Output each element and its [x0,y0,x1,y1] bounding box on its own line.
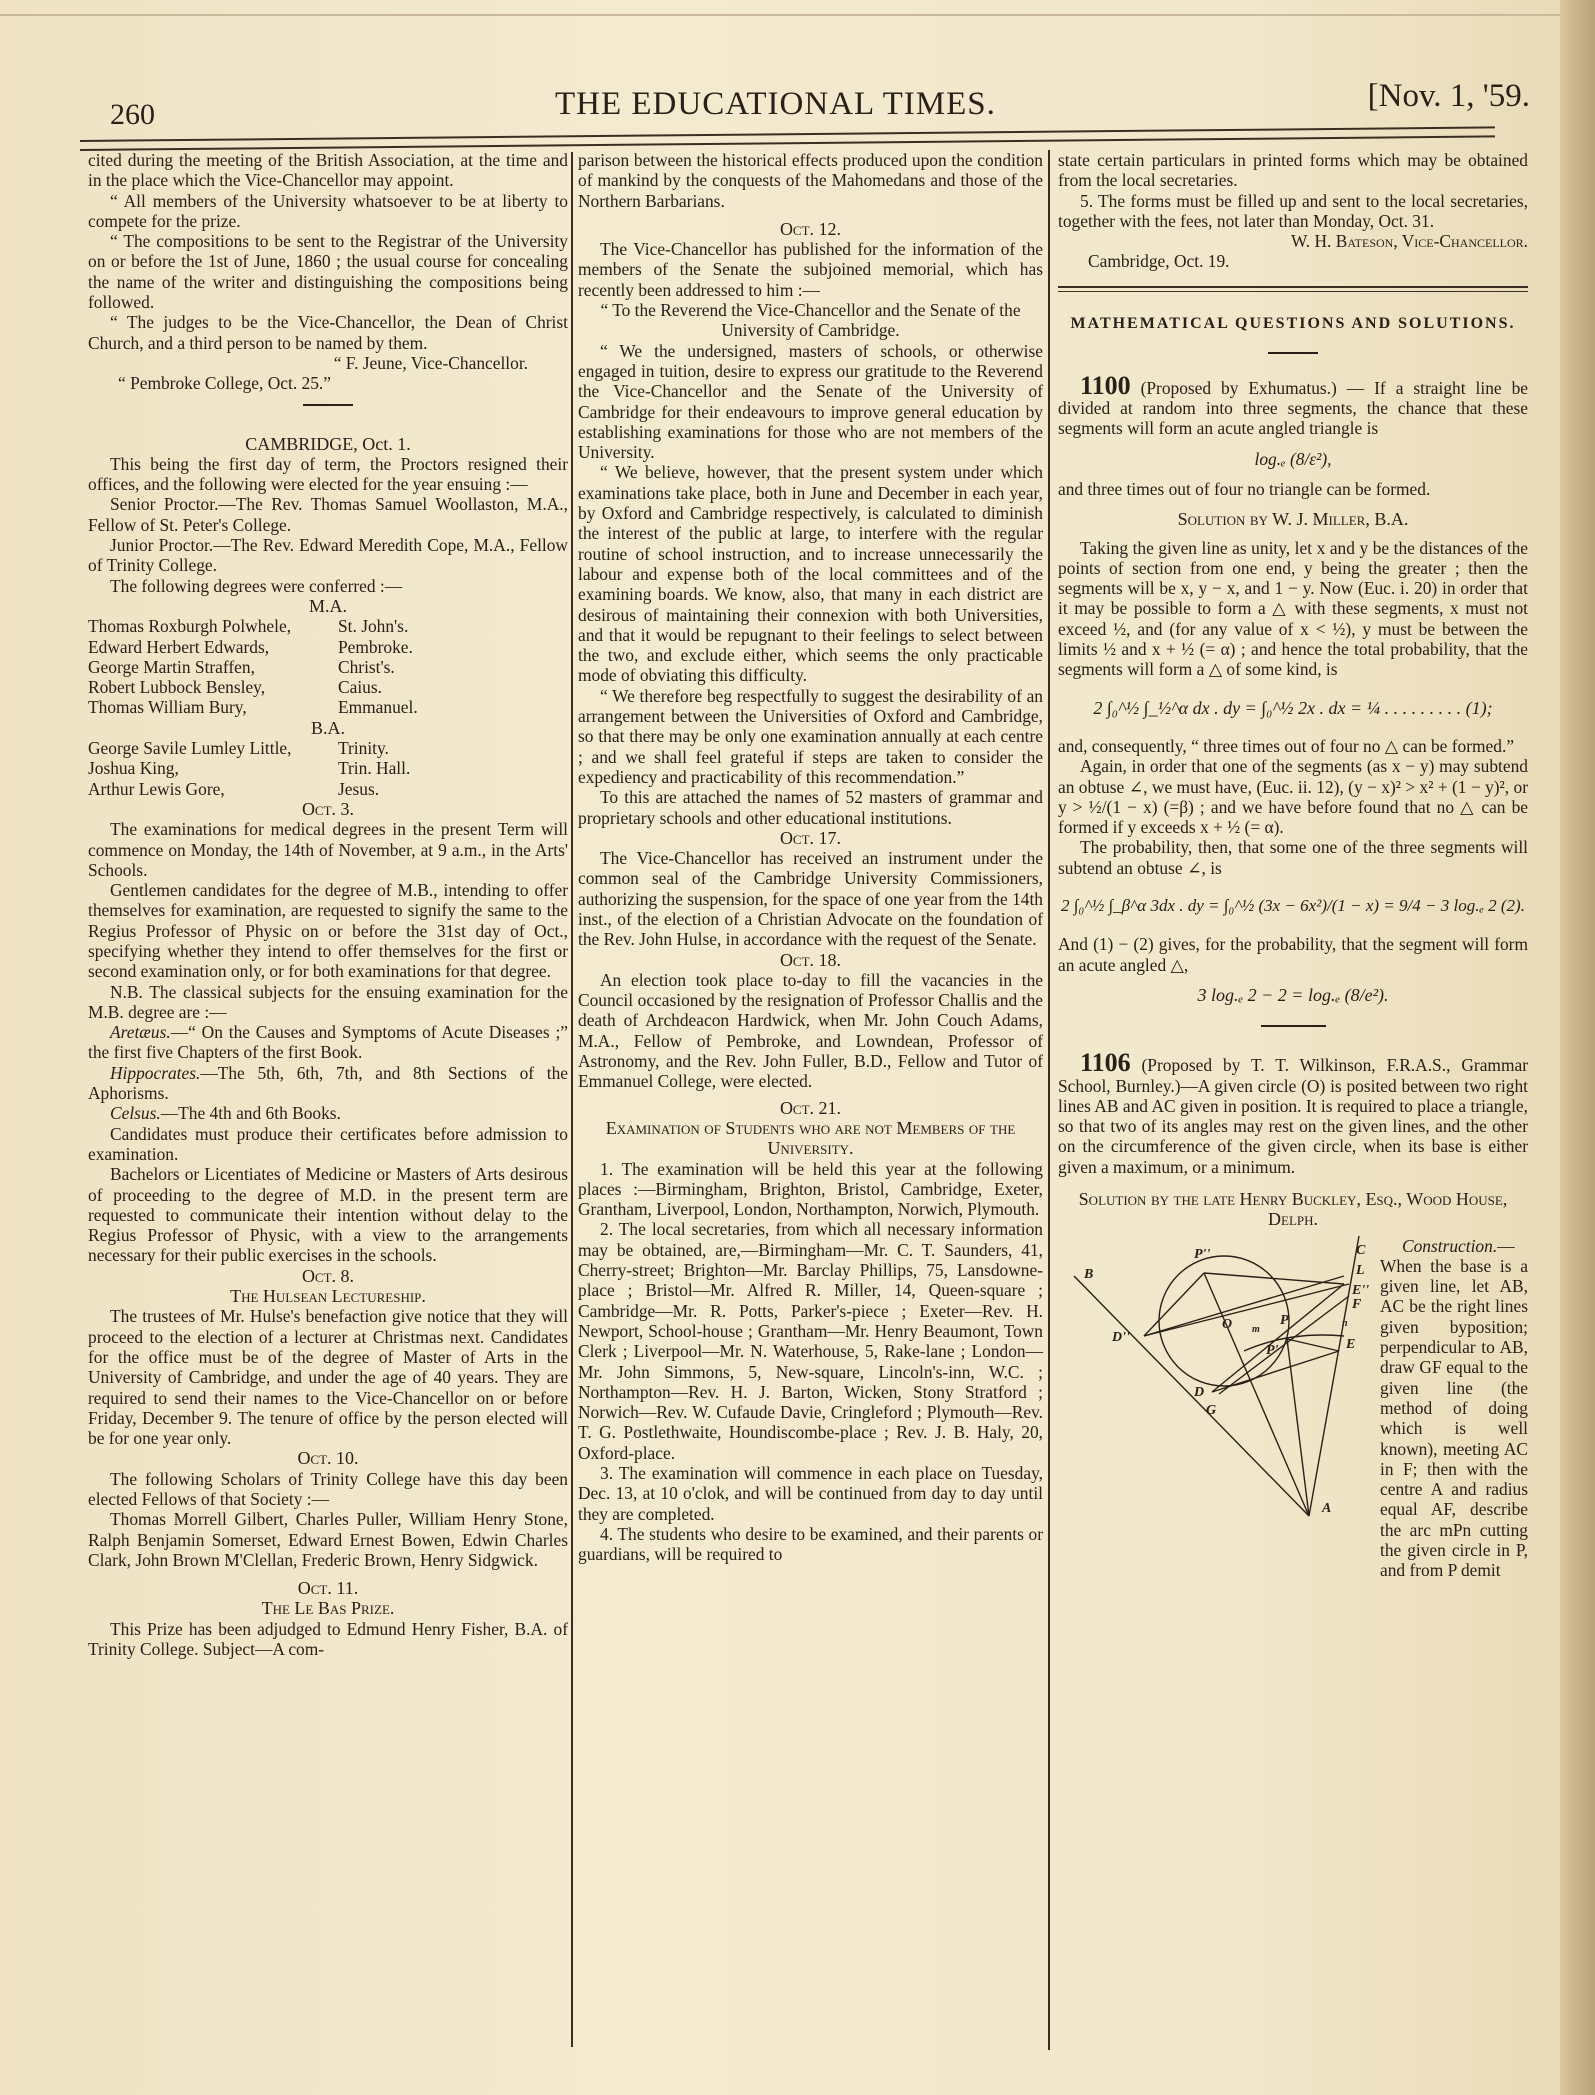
svg-text:E'': E'' [1351,1283,1369,1298]
paragraph: state certain particulars in printed for… [1058,150,1528,191]
paragraph: Hippocrates.—The 5th, 6th, 7th, and 8th … [88,1063,568,1104]
svg-text:G: G [1206,1403,1216,1418]
paragraph: Senior Proctor.—The Rev. Thomas Samuel W… [88,494,568,535]
degree-row: Edward Herbert Edwards,Pembroke. [88,637,568,657]
paragraph: Thomas Morrell Gilbert, Charles Puller, … [88,1509,568,1570]
construction-text: —When the base is a given line, let AB, … [1380,1236,1528,1581]
signature-place: “ Pembroke College, Oct. 25.” [88,373,568,393]
section-heading: The Le Bas Prize. [88,1598,568,1618]
scan-top-edge [0,14,1560,16]
signature: “ F. Jeune, Vice-Chancellor. [88,353,568,373]
svg-text:P': P' [1266,1343,1279,1358]
paragraph: And (1) − (2) gives, for the probability… [1058,934,1528,975]
date-heading: Oct. 12. [578,219,1043,239]
paragraph: The examinations for medical degrees in … [88,819,568,880]
svg-text:D'': D'' [1111,1330,1130,1345]
date-heading: Oct. 10. [88,1448,568,1468]
degree-row: George Savile Lumley Little,Trinity. [88,738,568,758]
paragraph: N.B. The classical subjects for the ensu… [88,982,568,1023]
geometry-diagram-icon: P''B CL E''F Om Pn D''E P'D GA [1044,1236,1374,1566]
column-2: parison between the historical effects p… [578,150,1043,1564]
paragraph: The trustees of Mr. Hulse's benefaction … [88,1306,568,1448]
paragraph: parison between the historical effects p… [578,150,1043,211]
paragraph: The following Scholars of Trinity Colleg… [88,1469,568,1510]
list-item: 3. The examination will commence in each… [578,1463,1043,1524]
page-number: 260 [110,98,155,132]
svg-text:D: D [1193,1385,1204,1400]
paragraph: Taking the given line as unity, let x an… [1058,538,1528,680]
list-item: 5. The forms must be filled up and sent … [1058,191,1528,232]
date-heading: Oct. 8. [88,1266,568,1286]
svg-text:m: m [1252,1324,1260,1335]
signature: W. H. Bateson, Vice-Chancellor. [1058,231,1528,251]
solution-heading: Solution by W. J. Miller, B.A. [1058,509,1528,529]
paragraph: Celsus.—The 4th and 6th Books. [88,1103,568,1123]
degree-row: Thomas William Bury,Emmanuel. [88,697,568,717]
paragraph: cited during the meeting of the British … [88,150,568,191]
paragraph: and three times out of four no triangle … [1058,479,1528,499]
svg-text:B: B [1083,1267,1093,1282]
svg-text:C: C [1356,1243,1366,1258]
svg-text:A: A [1321,1501,1331,1516]
date-heading: Oct. 21. [578,1098,1043,1118]
column-divider [1048,150,1050,2050]
svg-text:E: E [1345,1337,1355,1352]
svg-text:n: n [1342,1318,1348,1329]
list-item: 4. The students who desire to be examine… [578,1524,1043,1565]
book-binding-edge [1560,0,1595,2095]
svg-text:L: L [1355,1263,1365,1278]
column-3: state certain particulars in printed for… [1058,150,1528,1581]
paragraph: Aretæus.—“ On the Causes and Symptoms of… [88,1022,568,1063]
section-heading: The Hulsean Lectureship. [88,1286,568,1306]
paragraph: Gentlemen candidates for the degree of M… [88,880,568,981]
date-heading: Oct. 18. [578,950,1043,970]
paragraph: Bachelors or Licentiates of Medicine or … [88,1164,568,1265]
paragraph: Candidates must produce their certificat… [88,1124,568,1165]
paragraph: Again, in order that one of the segments… [1058,756,1528,837]
degree-heading: B.A. [88,718,568,738]
question-number: 1106 [1080,1048,1131,1077]
svg-text:P: P [1280,1313,1289,1328]
equation-2: 2 ∫₀^½ ∫_β^α 3dx . dy = ∫₀^½ (3x − 6x²)/… [1058,896,1528,916]
date-heading: Oct. 17. [578,828,1043,848]
paragraph: The probability, then, that some one of … [1058,837,1528,878]
degree-row: Joshua King,Trin. Hall. [88,758,568,778]
paragraph: “ The compositions to be sent to the Reg… [88,231,568,312]
degree-row: Robert Lubbock Bensley,Caius. [88,677,568,697]
section-double-rule [1058,286,1528,292]
date-heading: Oct. 11. [88,1578,568,1598]
paragraph: Junior Proctor.—The Rev. Edward Meredith… [88,535,568,576]
solution-heading: Solution by the late Henry Buckley, Esq.… [1058,1189,1528,1230]
list-item: 2. The local secretaries, from which all… [578,1219,1043,1463]
paragraph: To this are attached the names of 52 mas… [578,787,1043,828]
degree-row: George Martin Straffen,Christ's. [88,657,568,677]
paragraph: “ We believe, however, that the present … [578,462,1043,685]
formula: log.ₑ (8/ε²), [1058,449,1528,469]
paragraph: An election took place to-day to fill th… [578,970,1043,1092]
date-heading: Oct. 3. [88,799,568,819]
paragraph: The following degrees were conferred :— [88,576,568,596]
section-separator [303,404,353,406]
newspaper-page: 260 THE EDUCATIONAL TIMES. [Nov. 1, '59.… [0,0,1560,2095]
equation-3: 3 log.ₑ 2 − 2 = log.ₑ (8/e²). [1058,985,1528,1005]
construction-label: Construction. [1402,1236,1497,1256]
paragraph: “ All members of the University whatsoev… [88,191,568,232]
publication-title: THE EDUCATIONAL TIMES. [555,86,996,123]
column-divider [571,152,573,2047]
paragraph: “ We the undersigned, masters of schools… [578,341,1043,463]
paragraph: The Vice-Chancellor has published for th… [578,239,1043,300]
paragraph: The Vice-Chancellor has received an inst… [578,848,1043,949]
issue-date: [Nov. 1, '59. [1368,78,1530,115]
paragraph: “ We therefore beg respectfully to sugge… [578,686,1043,787]
degree-row: Arthur Lewis Gore,Jesus. [88,779,568,799]
section-separator [1261,1025,1326,1027]
section-heading: Examination of Students who are not Memb… [578,1118,1043,1159]
paragraph: This being the first day of term, the Pr… [88,454,568,495]
paragraph: This Prize has been adjudged to Edmund H… [88,1619,568,1660]
column-1: cited during the meeting of the British … [88,150,568,1659]
svg-text:P'': P'' [1194,1247,1210,1262]
list-item: 1. The examination will be held this yea… [578,1159,1043,1220]
degree-row: Thomas Roxburgh Polwhele,St. John's. [88,616,568,636]
svg-text:F: F [1351,1297,1362,1312]
equation-1: 2 ∫₀^½ ∫_½^α dx . dy = ∫₀^½ 2x . dx = ¼ … [1058,698,1528,718]
degree-heading: M.A. [88,596,568,616]
construction-block: P''B CL E''F Om Pn D''E P'D GA Construct… [1058,1236,1528,1581]
section-heading: CAMBRIDGE, Oct. 1. [88,434,568,454]
signature-place: Cambridge, Oct. 19. [1058,251,1528,271]
section-separator [1268,352,1318,354]
section-heading: MATHEMATICAL QUESTIONS AND SOLUTIONS. [1058,312,1528,336]
svg-text:O: O [1222,1317,1232,1332]
paragraph: and, consequently, “ three times out of … [1058,736,1528,756]
memorial-address: “ To the Reverend the Vice-Chancellor an… [578,300,1043,341]
paragraph: “ The judges to be the Vice-Chancellor, … [88,312,568,353]
question-number: 1100 [1080,371,1131,400]
